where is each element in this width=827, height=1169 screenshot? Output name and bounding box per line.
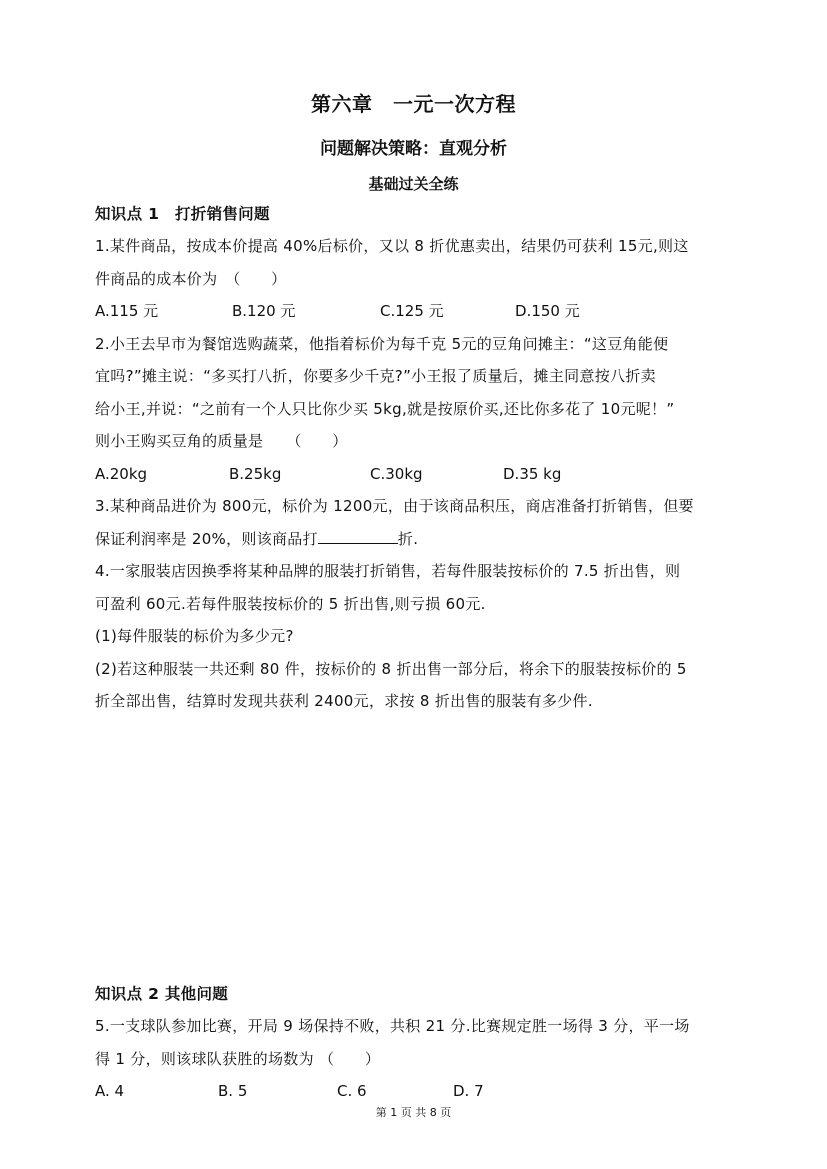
chapter-title: 第六章 一元一次方程	[0, 88, 827, 117]
question-2-line-3: 给小王,并说：“之前有一个人只比你少买 5kg,就是按原价买,还比你多花了 10…	[95, 399, 735, 419]
question-3-suffix: 折.	[398, 530, 418, 548]
question-2-option-d: D.35 kg	[503, 464, 561, 484]
question-2-line-1: 2.小王去早市为餐馆选购蔬菜，他指着标价为每千克 5元的豆角问摊主：“这豆角能便	[95, 334, 735, 354]
question-3-text: 保证利润率是 20%，则该商品打	[95, 530, 318, 548]
question-5-option-d: D. 7	[453, 1081, 484, 1101]
question-4-line-1: 4.一家服装店因换季将某种品牌的服装打折销售，若每件服装按标价的 7.5 折出售…	[95, 561, 735, 581]
question-1-option-b: B.120 元	[232, 301, 295, 321]
question-2-option-b: B.25kg	[229, 464, 281, 484]
question-5-option-b: B. 5	[218, 1081, 247, 1101]
question-5-line-2: 得 1 分，则该球队获胜的场数为 （ ）	[95, 1049, 735, 1069]
question-4-sub-2-line-1: (2)若这种服装一共还剩 80 件，按标价的 8 折出售一部分后，将余下的服装按…	[95, 659, 735, 679]
question-4-line-2: 可盈利 60元.若每件服装按标价的 5 折出售,则亏损 60元.	[95, 594, 735, 614]
question-2-option-a: A.20kg	[95, 464, 147, 484]
page-footer: 第 1 页 共 8 页	[0, 1104, 827, 1120]
knowledge-point-1-heading: 知识点 1 打折销售问题	[95, 204, 735, 224]
question-5-option-a: A. 4	[95, 1081, 124, 1101]
question-5-option-c: C. 6	[337, 1081, 367, 1101]
document-page: 第六章 一元一次方程 问题解决策略：直观分析 基础过关全练 知识点 1 打折销售…	[0, 0, 827, 1169]
strategy-subtitle: 问题解决策略：直观分析	[0, 134, 827, 159]
question-1-option-d: D.150 元	[515, 301, 580, 321]
question-2-line-2: 宜吗?”摊主说：“多买打八折，你要多少千克?”小王报了质量后，摊主同意按八折卖	[95, 366, 735, 386]
question-2-option-c: C.30kg	[370, 464, 423, 484]
question-3-line-2: 保证利润率是 20%，则该商品打折.	[95, 529, 735, 549]
question-1-option-a: A.115 元	[95, 301, 158, 321]
question-1-line-2: 件商品的成本价为 （ ）	[95, 269, 735, 289]
question-3-line-1: 3.某种商品进价为 800元，标价为 1200元，由于该商品积压，商店准备打折销…	[95, 496, 735, 516]
question-4-sub-2-line-2: 折全部出售，结算时发现共获利 2400元，求按 8 折出售的服装有多少件.	[95, 691, 735, 711]
answer-blank[interactable]	[318, 529, 398, 544]
section-label: 基础过关全练	[0, 173, 827, 194]
question-1-option-c: C.125 元	[380, 301, 444, 321]
question-1-line-1: 1.某件商品，按成本价提高 40%后标价，又以 8 折优惠卖出，结果仍可获利 1…	[95, 236, 735, 256]
question-2-line-4: 则小王购买豆角的质量是 （ ）	[95, 431, 735, 451]
knowledge-point-2-heading: 知识点 2 其他问题	[95, 984, 735, 1004]
question-5-line-1: 5.一支球队参加比赛，开局 9 场保持不败，共积 21 分.比赛规定胜一场得 3…	[95, 1016, 735, 1036]
question-4-sub-1: (1)每件服装的标价为多少元?	[95, 626, 735, 646]
